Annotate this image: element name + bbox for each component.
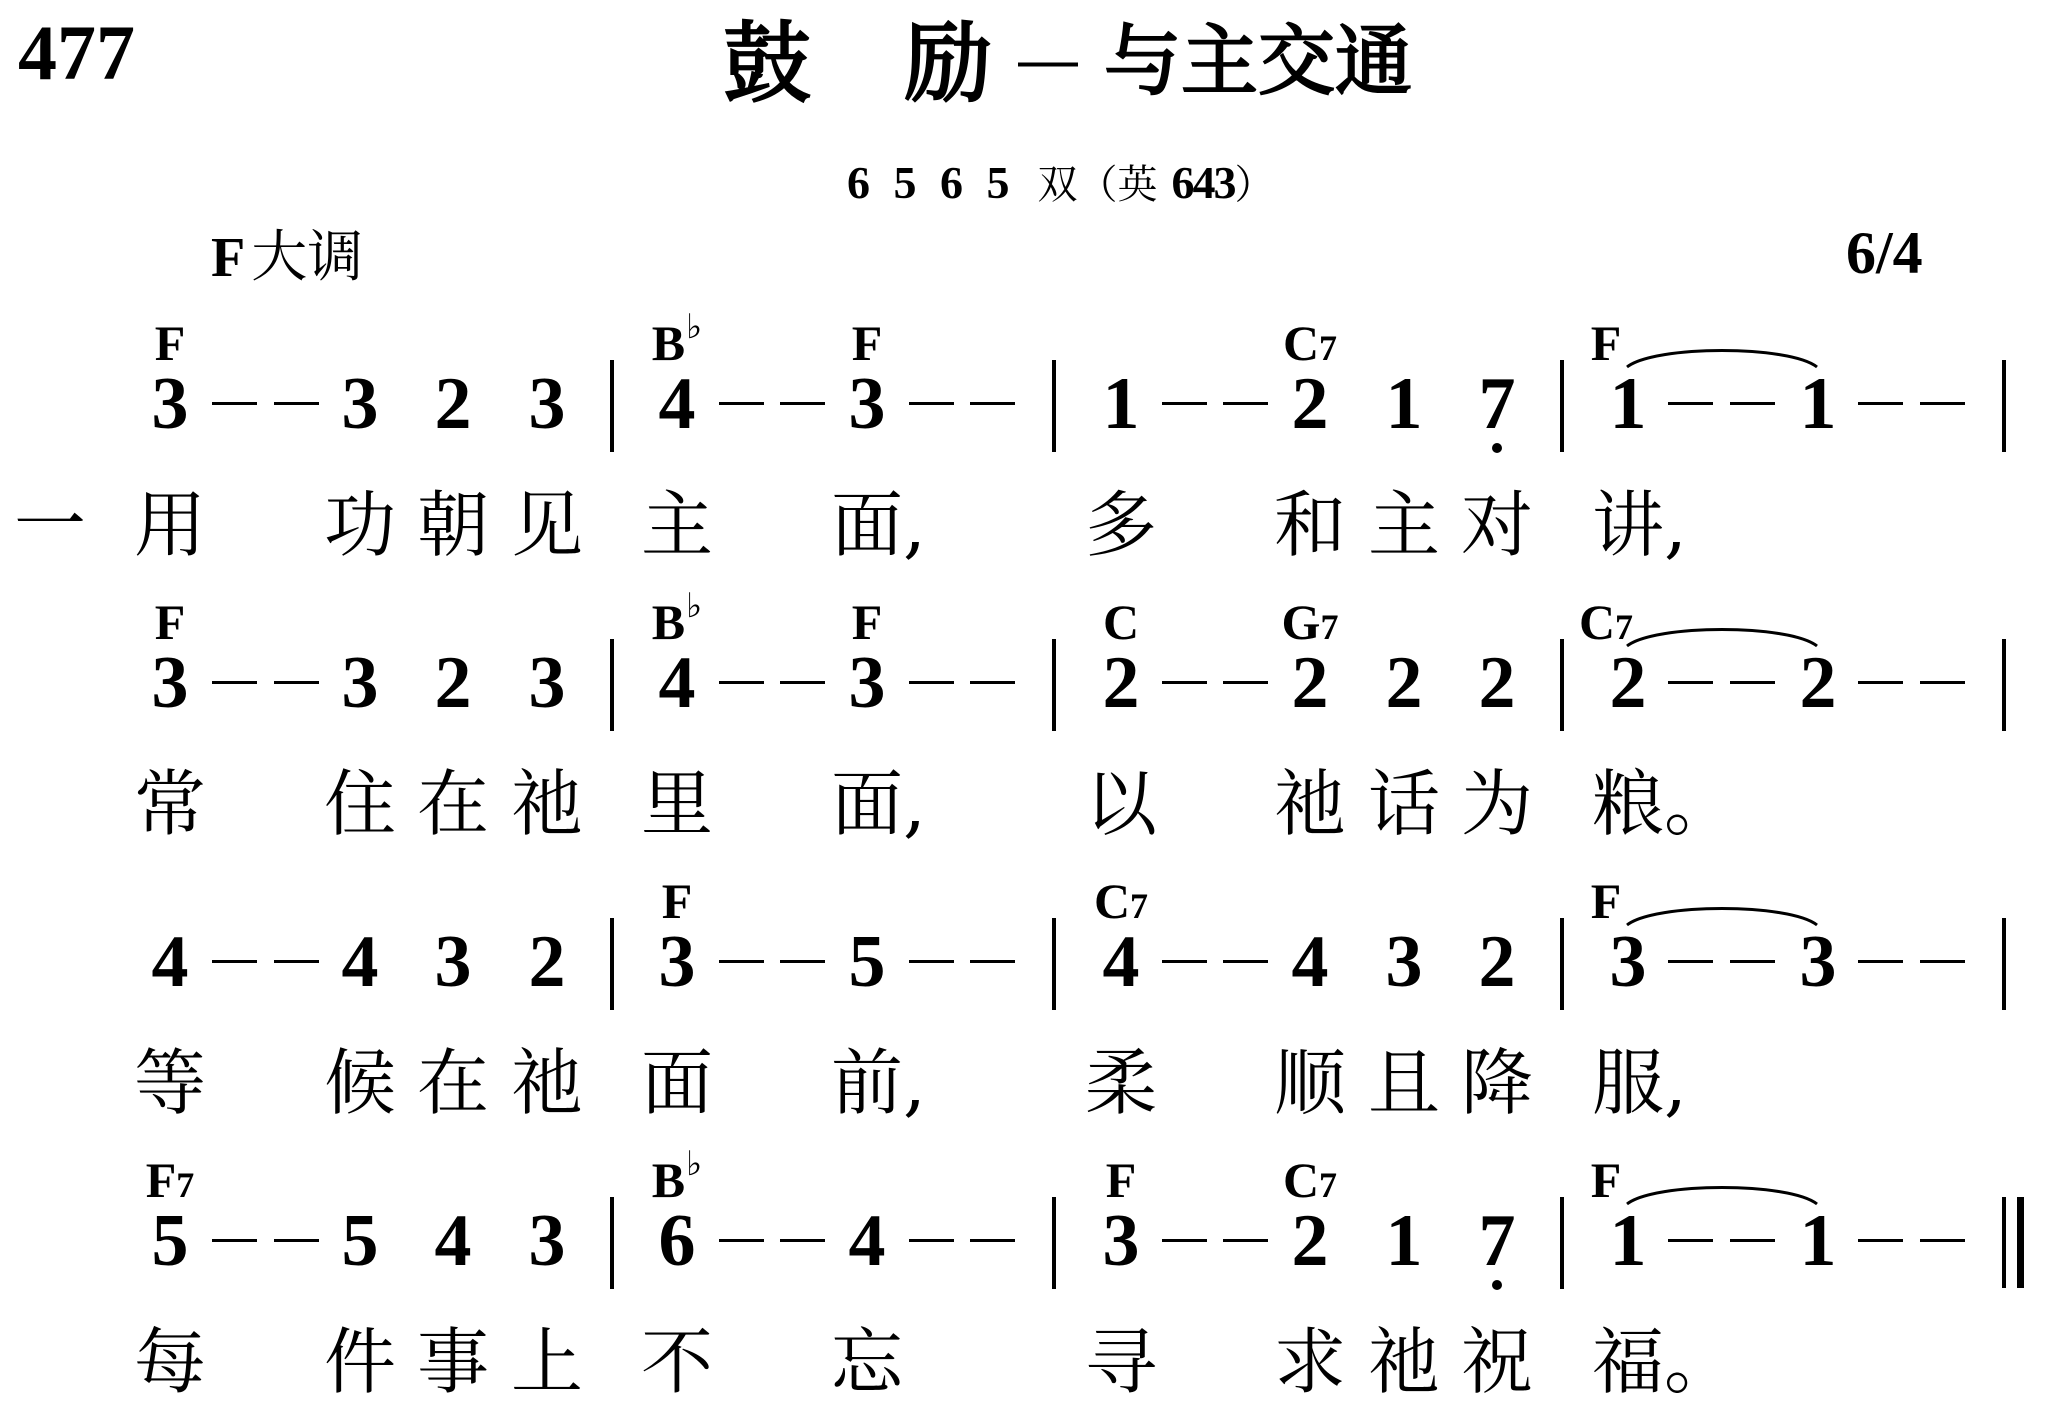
chord-symbol: C: [1103, 597, 1139, 647]
hymn-number: 477: [18, 14, 135, 92]
lyric-syllable: 服,: [1592, 1047, 1687, 1119]
lyric-syllable: 在: [417, 768, 489, 840]
tie-arc: [1627, 351, 1817, 368]
chord-root: C: [1283, 1152, 1319, 1208]
lyric-syllable: 候: [324, 1047, 396, 1119]
duration-dash: [1223, 960, 1268, 963]
lyric-syllable: 讲,: [1592, 489, 1687, 561]
chord-symbol: F: [662, 876, 693, 926]
time-signature: 6/4: [1846, 223, 1923, 283]
lyric-syllable: 顺: [1274, 1047, 1346, 1119]
lyric-syllable: 用: [134, 489, 206, 561]
duration-dash: [274, 402, 319, 405]
lyric-syllable: 多: [1085, 489, 1157, 561]
note-digit: 2: [1292, 646, 1329, 720]
duration-dash: [970, 402, 1015, 405]
note-digit: 7: [1479, 367, 1516, 441]
note-digit: 2: [1479, 925, 1516, 999]
duration-dash: [780, 1239, 825, 1242]
duration-dash: [719, 402, 764, 405]
note-digit: 3: [849, 367, 886, 441]
note-digit: 4: [659, 646, 696, 720]
lyric-syllable: 事: [417, 1326, 489, 1398]
note-digit: 5: [342, 1204, 379, 1278]
duration-dash: [1223, 402, 1268, 405]
tie-arc: [1627, 909, 1817, 926]
duration-dash: [1730, 402, 1775, 405]
chord-extension: 7: [1319, 328, 1337, 368]
duration-dash: [1162, 960, 1207, 963]
chord-symbol: B♭: [652, 1155, 702, 1205]
lyric-syllable: 为: [1461, 768, 1533, 840]
note-digit: 3: [342, 646, 379, 720]
meter-pattern: 6 5 6 5: [847, 157, 1010, 208]
note-digit: 2: [529, 925, 566, 999]
lyric-syllable: 上: [511, 1326, 583, 1398]
note-digit: 3: [1800, 925, 1837, 999]
bar-line: [610, 1197, 614, 1289]
lyric-syllable: 粮。: [1592, 768, 1736, 840]
title-char-1: 鼓: [723, 20, 811, 108]
duration-dash: [719, 960, 764, 963]
low-octave-dot: [1492, 443, 1502, 453]
note-digit: 3: [849, 646, 886, 720]
lyric-syllable: 祂: [1368, 1326, 1440, 1398]
lyric-syllable: 住: [324, 768, 396, 840]
chord-root: F: [155, 315, 186, 371]
note-digit: 4: [152, 925, 189, 999]
chord-symbol: F: [1591, 318, 1622, 368]
chord-root: F: [1591, 315, 1622, 371]
duration-dash: [909, 960, 954, 963]
tie-arc: [1627, 630, 1817, 647]
duration-dash: [780, 402, 825, 405]
note-digit: 1: [1610, 1204, 1647, 1278]
key-note: F: [211, 227, 245, 289]
duration-dash: [1668, 1239, 1713, 1242]
meter-source-close: ）: [1235, 162, 1275, 208]
meter-source-number: 643: [1172, 157, 1235, 208]
note-digit: 2: [1479, 646, 1516, 720]
duration-dash: [970, 1239, 1015, 1242]
chord-root: C: [1579, 594, 1615, 650]
duration-dash: [1162, 1239, 1207, 1242]
note-digit: 3: [152, 367, 189, 441]
title-subtitle: 与主交通: [1104, 24, 1412, 101]
lyric-syllable: 件: [324, 1326, 396, 1398]
lyric-syllable: 面,: [831, 489, 926, 561]
note-digit: 3: [152, 646, 189, 720]
duration-dash: [1668, 402, 1713, 405]
duration-dash: [1730, 960, 1775, 963]
note-digit: 1: [1103, 367, 1140, 441]
chord-extension: 7: [1130, 886, 1148, 926]
chord-symbol: B♭: [652, 318, 702, 368]
duration-dash: [1920, 681, 1965, 684]
lyric-syllable: 且: [1368, 1047, 1440, 1119]
chord-symbol: F: [1591, 876, 1622, 926]
lyric-syllable: 每: [134, 1326, 206, 1398]
note-digit: 7: [1479, 1204, 1516, 1278]
duration-dash: [212, 681, 257, 684]
lyric-syllable: 前,: [831, 1047, 926, 1119]
chord-extension: 7: [1615, 607, 1633, 647]
bar-line: [1052, 918, 1056, 1010]
chord-symbol: F: [155, 597, 186, 647]
low-octave-dot: [1492, 1280, 1502, 1290]
chord-root: C: [1103, 594, 1139, 650]
lyric-syllable: 主: [1368, 489, 1440, 561]
duration-dash: [909, 681, 954, 684]
note-digit: 1: [1610, 367, 1647, 441]
chord-symbol: C7: [1283, 1155, 1337, 1210]
final-barline-thin: [2002, 1197, 2006, 1288]
note-digit: 4: [435, 1204, 472, 1278]
lyric-syllable: 话: [1368, 768, 1440, 840]
chord-symbol: F: [1106, 1155, 1137, 1205]
flat-icon: ♭: [686, 1144, 702, 1184]
title-char-2: 励: [904, 20, 992, 108]
chord-root: F: [146, 1152, 177, 1208]
duration-dash: [212, 402, 257, 405]
note-digit: 1: [1800, 1204, 1837, 1278]
lyric-syllable: 不: [641, 1326, 713, 1398]
note-digit: 4: [659, 367, 696, 441]
duration-dash: [1162, 402, 1207, 405]
duration-dash: [1920, 402, 1965, 405]
lyric-syllable: 对: [1461, 489, 1533, 561]
note-digit: 1: [1386, 1204, 1423, 1278]
meter-double: 双: [1038, 162, 1078, 208]
chord-root: F: [662, 873, 693, 929]
note-digit: 3: [659, 925, 696, 999]
note-digit: 3: [435, 925, 472, 999]
duration-dash: [780, 681, 825, 684]
flat-icon: ♭: [686, 307, 702, 347]
duration-dash: [212, 1239, 257, 1242]
chord-root: F: [1591, 1152, 1622, 1208]
lyric-syllable: 降: [1461, 1047, 1533, 1119]
chord-symbol: C7: [1579, 597, 1633, 652]
duration-dash: [274, 960, 319, 963]
note-digit: 3: [1386, 925, 1423, 999]
note-digit: 6: [659, 1204, 696, 1278]
chord-root: F: [1591, 873, 1622, 929]
lyric-syllable: 以: [1085, 768, 1157, 840]
duration-dash: [1668, 960, 1713, 963]
lyric-syllable: 祂: [511, 1047, 583, 1119]
bar-line: [1560, 1197, 1564, 1289]
chord-symbol: F: [852, 318, 883, 368]
bar-line: [1052, 360, 1056, 452]
bar-line: [610, 639, 614, 731]
key-label: 大调: [251, 225, 363, 290]
lyric-syllable: 等: [134, 1047, 206, 1119]
title-dash: —: [1018, 30, 1078, 90]
lyric-syllable: 面: [641, 1047, 713, 1119]
duration-dash: [970, 681, 1015, 684]
bar-line: [610, 360, 614, 452]
chord-extension: 7: [1319, 1165, 1337, 1205]
duration-dash: [212, 960, 257, 963]
duration-dash: [780, 960, 825, 963]
chord-root: F: [852, 594, 883, 650]
note-digit: 3: [529, 1204, 566, 1278]
lyric-syllable: 福。: [1592, 1326, 1736, 1398]
note-digit: 3: [529, 367, 566, 441]
duration-dash: [1920, 1239, 1965, 1242]
lyric-syllable: 寻: [1085, 1326, 1157, 1398]
chord-extension: 7: [176, 1165, 194, 1205]
note-digit: 3: [1103, 1204, 1140, 1278]
lyric-syllable: 求: [1274, 1326, 1346, 1398]
bar-line: [1560, 360, 1564, 452]
duration-dash: [970, 960, 1015, 963]
bar-line: [2002, 639, 2006, 731]
note-digit: 4: [1292, 925, 1329, 999]
chord-symbol: F: [852, 597, 883, 647]
chord-extension: 7: [1320, 607, 1338, 647]
lyric-syllable: 祂: [511, 768, 583, 840]
chord-root: B: [652, 315, 685, 371]
chord-root: G: [1282, 594, 1321, 650]
lyric-syllable: 忘: [831, 1326, 903, 1398]
note-digit: 5: [152, 1204, 189, 1278]
meter-source-open: （英: [1078, 162, 1158, 208]
duration-dash: [909, 1239, 954, 1242]
note-digit: 3: [1610, 925, 1647, 999]
lyric-syllable: 祂: [1274, 768, 1346, 840]
flat-icon: ♭: [686, 586, 702, 626]
chord-root: C: [1283, 315, 1319, 371]
chord-root: C: [1094, 873, 1130, 929]
hymn-sheet: 477 鼓 励 — 与主交通 6 5 6 5双（英643） F大调 6/4 一3…: [0, 0, 2053, 1426]
duration-dash: [1223, 1239, 1268, 1242]
chord-symbol: G7: [1282, 597, 1339, 652]
note-digit: 2: [1292, 367, 1329, 441]
duration-dash: [909, 402, 954, 405]
chord-root: F: [852, 315, 883, 371]
note-digit: 5: [849, 925, 886, 999]
note-digit: 4: [342, 925, 379, 999]
note-digit: 3: [342, 367, 379, 441]
verse-number: 一: [14, 489, 86, 561]
note-digit: 3: [529, 646, 566, 720]
chord-root: F: [155, 594, 186, 650]
duration-dash: [1858, 1239, 1903, 1242]
duration-dash: [1920, 960, 1965, 963]
lyric-syllable: 面,: [831, 768, 926, 840]
lyric-syllable: 主: [641, 489, 713, 561]
note-digit: 2: [1800, 646, 1837, 720]
note-digit: 4: [1103, 925, 1140, 999]
note-digit: 2: [1610, 646, 1647, 720]
duration-dash: [1223, 681, 1268, 684]
chord-symbol: F: [1591, 1155, 1622, 1205]
duration-dash: [1668, 681, 1713, 684]
note-digit: 2: [435, 646, 472, 720]
bar-line: [2002, 918, 2006, 1010]
duration-dash: [274, 1239, 319, 1242]
lyric-syllable: 朝: [417, 489, 489, 561]
bar-line: [1052, 1197, 1056, 1289]
chord-symbol: C7: [1094, 876, 1148, 931]
tie-layer: [0, 0, 2053, 1426]
bar-line: [610, 918, 614, 1010]
lyric-syllable: 在: [417, 1047, 489, 1119]
chord-symbol: F7: [146, 1155, 195, 1210]
final-barline-thick: [2017, 1197, 2024, 1288]
duration-dash: [1858, 960, 1903, 963]
chord-symbol: C7: [1283, 318, 1337, 373]
lyric-syllable: 功: [324, 489, 396, 561]
duration-dash: [719, 1239, 764, 1242]
key-signature: F大调: [211, 230, 363, 286]
note-digit: 2: [1386, 646, 1423, 720]
meter-line: 6 5 6 5双（英643）: [847, 160, 1275, 208]
lyric-syllable: 和: [1274, 489, 1346, 561]
note-digit: 1: [1386, 367, 1423, 441]
duration-dash: [274, 681, 319, 684]
note-digit: 4: [849, 1204, 886, 1278]
bar-line: [1560, 639, 1564, 731]
chord-root: B: [652, 594, 685, 650]
note-digit: 2: [1292, 1204, 1329, 1278]
chord-root: F: [1106, 1152, 1137, 1208]
duration-dash: [1858, 681, 1903, 684]
duration-dash: [1858, 402, 1903, 405]
tie-arc: [1627, 1188, 1817, 1205]
duration-dash: [1730, 1239, 1775, 1242]
note-digit: 2: [435, 367, 472, 441]
bar-line: [2002, 360, 2006, 452]
lyric-syllable: 常: [134, 768, 206, 840]
lyric-syllable: 祝: [1461, 1326, 1533, 1398]
chord-root: B: [652, 1152, 685, 1208]
duration-dash: [1162, 681, 1207, 684]
duration-dash: [1730, 681, 1775, 684]
bar-line: [1052, 639, 1056, 731]
lyric-syllable: 见: [511, 489, 583, 561]
bar-line: [1560, 918, 1564, 1010]
duration-dash: [719, 681, 764, 684]
note-digit: 1: [1800, 367, 1837, 441]
lyric-syllable: 里: [641, 768, 713, 840]
lyric-syllable: 柔: [1085, 1047, 1157, 1119]
chord-symbol: B♭: [652, 597, 702, 647]
note-digit: 2: [1103, 646, 1140, 720]
chord-symbol: F: [155, 318, 186, 368]
